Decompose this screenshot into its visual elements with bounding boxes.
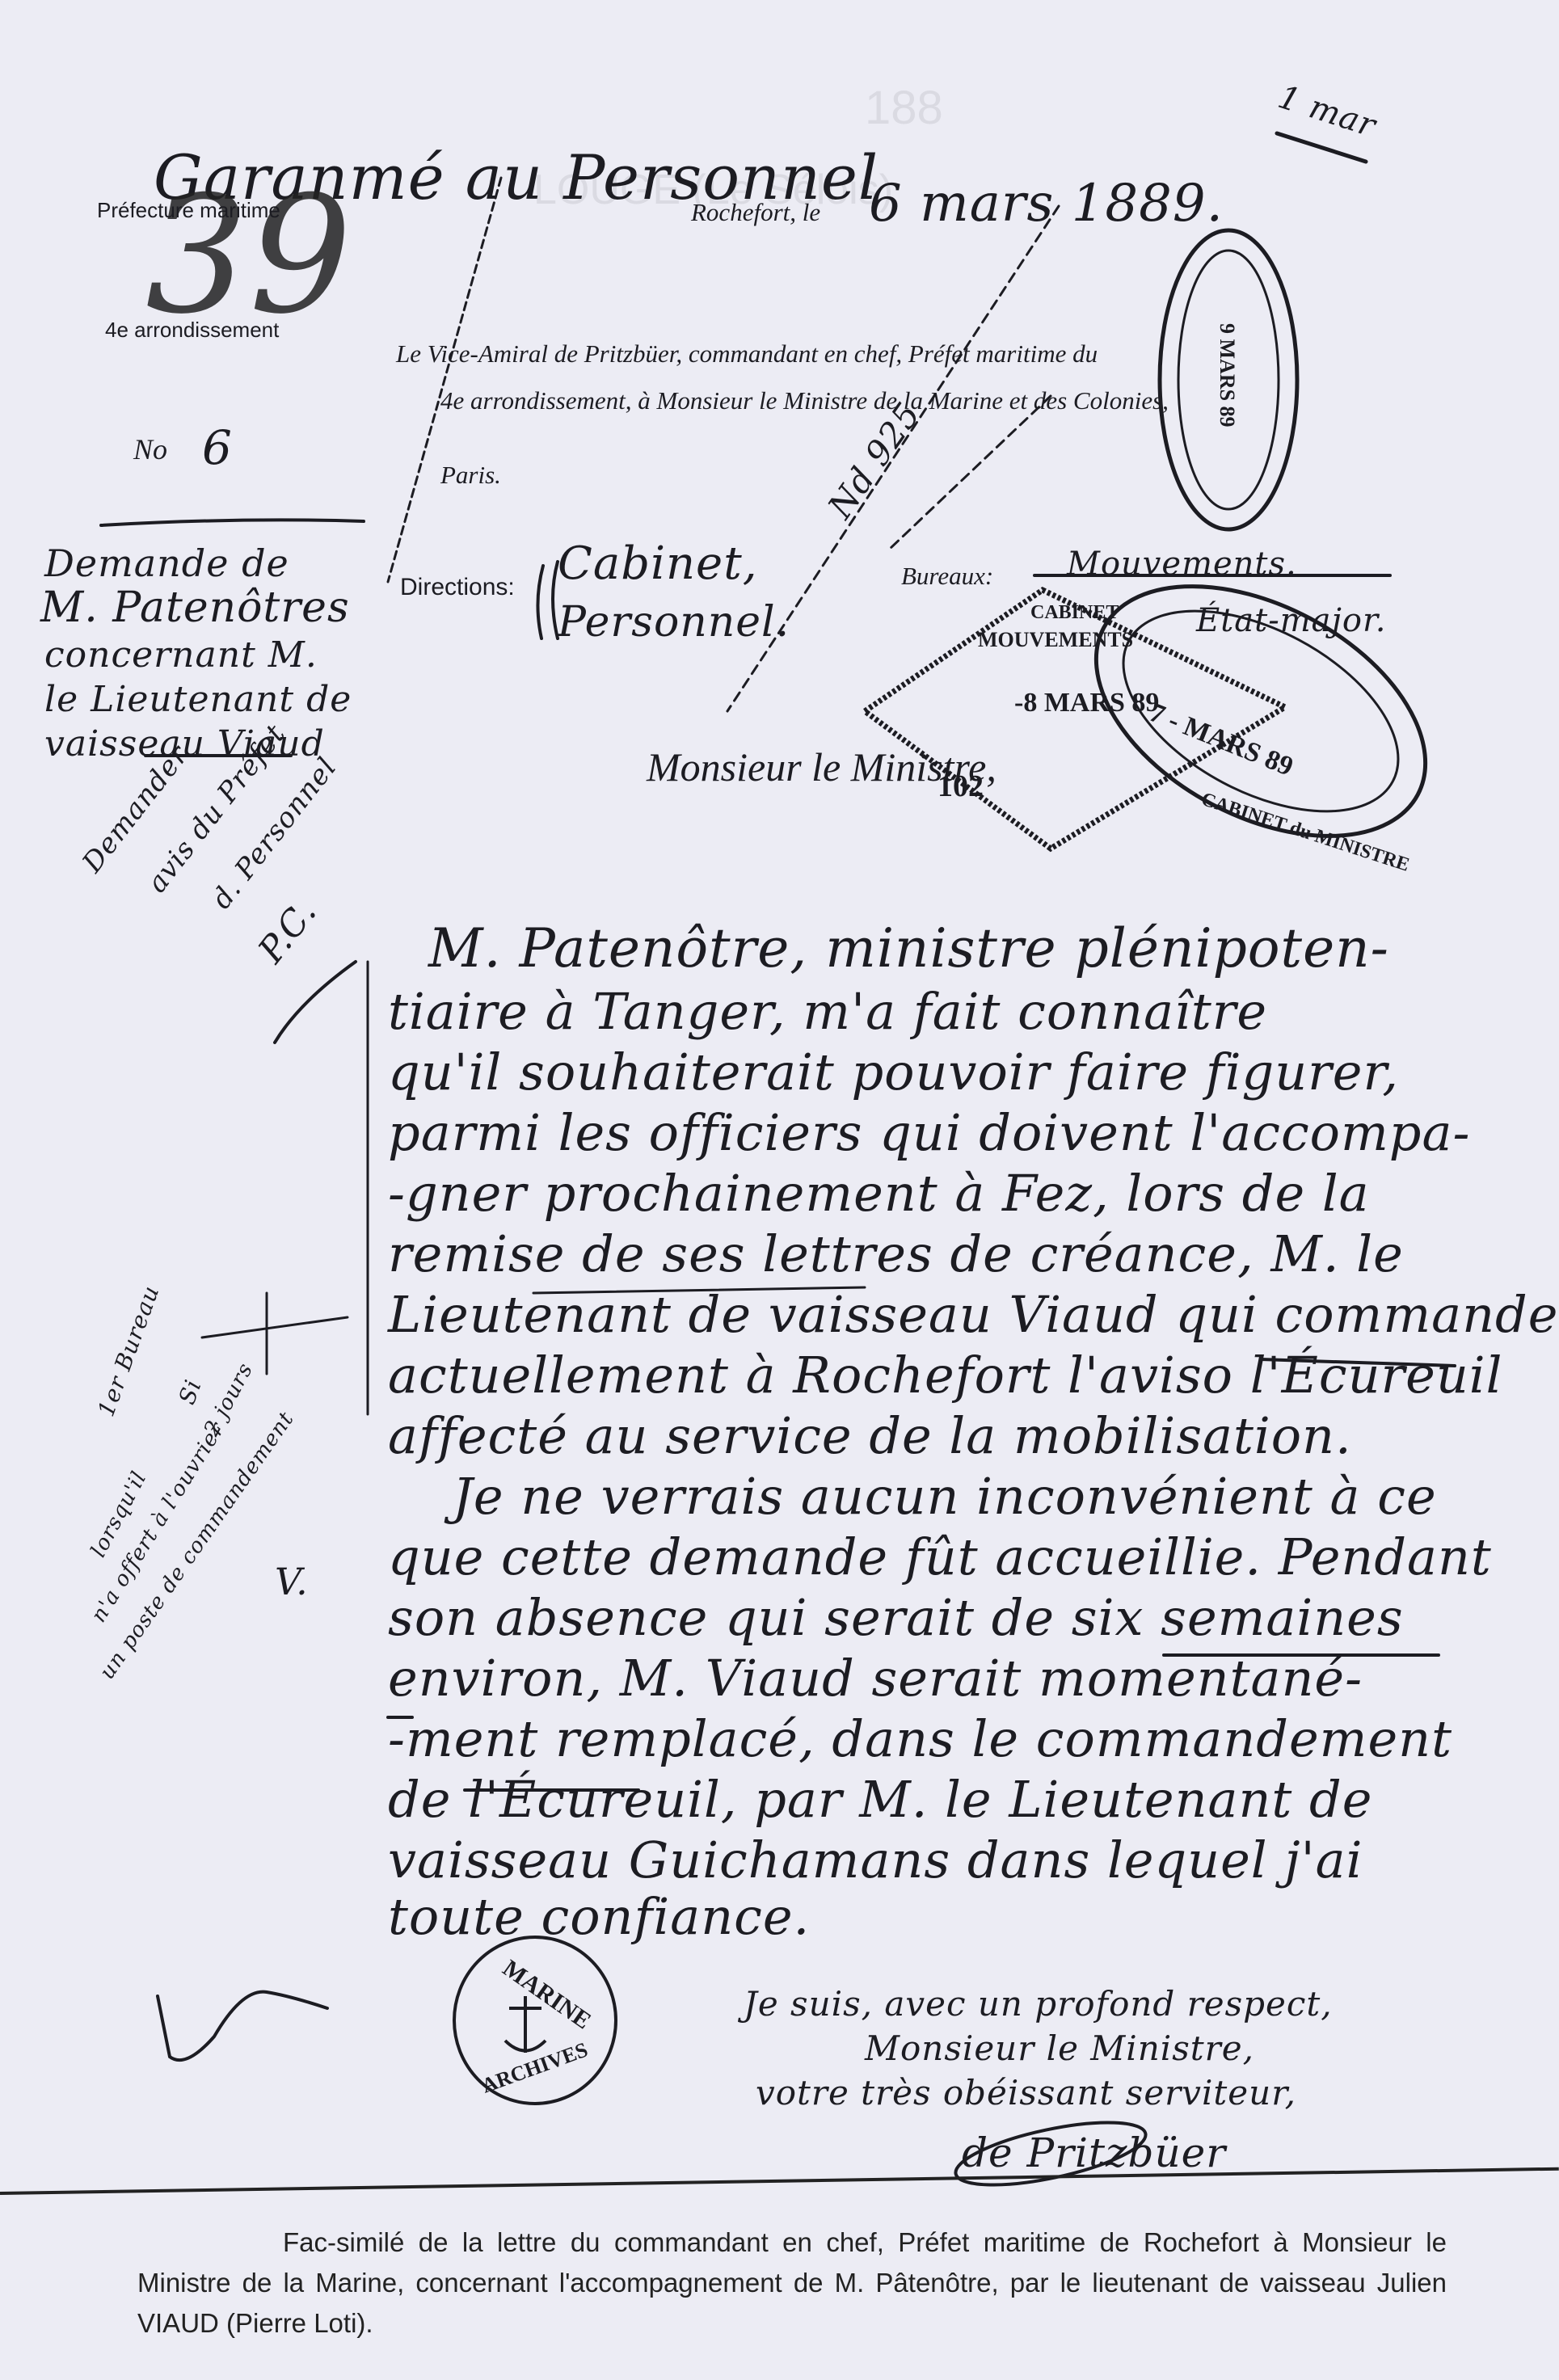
caption: Fac-similé de la lettre du commandant en…	[137, 2222, 1447, 2344]
body-line: remise de ses lettres de créance, M. le	[388, 1224, 1404, 1283]
body-line: parmi les officiers qui doivent l'accomp…	[388, 1103, 1470, 1162]
stamp-archives-bottom: ARCHIVES	[478, 2037, 591, 2097]
body-line: de l'Écureuil, par M. le Lieutenant de	[388, 1770, 1372, 1829]
directions-label: Directions:	[400, 574, 515, 601]
stamp-archives-top: MARINE	[498, 1955, 596, 2035]
caption-divider	[0, 2167, 1559, 2195]
bureaux-label: Bureaux:	[901, 562, 993, 591]
number-label: No	[133, 432, 167, 466]
stamp-oval-bottom: CABINET du MINISTRE	[1199, 789, 1412, 876]
margin-bracket	[275, 962, 356, 1043]
body-line: son absence qui serait de six semaines	[388, 1588, 1404, 1647]
dated-place: Rochefort, le	[691, 198, 820, 227]
number-underline	[101, 520, 364, 525]
top-right-annotation: 1 mar	[1274, 78, 1380, 145]
body-line: affecté au service de la mobilisation.	[388, 1406, 1352, 1465]
address-line-3: Paris.	[440, 461, 501, 490]
bureau-etat-major: État-major.	[1196, 602, 1386, 639]
body-line: -gner prochainement à Fez, lors de la	[388, 1164, 1370, 1223]
direction-personnel: Personnel.	[558, 598, 790, 647]
address-line-1: Le Vice-Amiral de Pritzbüer, commandant …	[396, 339, 1098, 369]
stamp-diamond-line2: MOUVEMENTS	[978, 628, 1133, 651]
number-value: 6	[202, 420, 233, 475]
arrondissement-label: 4e arrondissement	[105, 318, 279, 343]
body-line: Je ne verrais aucun inconvénient à ce	[453, 1467, 1437, 1526]
summary-line: le Lieutenant de	[44, 679, 352, 720]
body-line: tiaire à Tanger, m'a fait connaître	[388, 982, 1267, 1041]
stamp-cabinet-ministre-oval	[1055, 535, 1468, 887]
stamp-diamond-line1: CABINET	[1030, 602, 1119, 623]
body-line: Lieutenant de vaisseau Viaud qui command…	[388, 1285, 1558, 1344]
stamp-diamond-date: -8 MARS 89	[1014, 688, 1159, 718]
brace	[537, 566, 543, 638]
body-line: vaisseau Guichamans dans lequel j'ai	[388, 1830, 1363, 1889]
stamp-oval-date: 7 - MARS 89	[1145, 697, 1297, 782]
address-line-2: 4e arrondissement, à Monsieur le Ministr…	[440, 386, 1169, 415]
date-value: 6 mars 1889.	[869, 174, 1224, 234]
closing-line: Monsieur le Ministre,	[865, 2028, 1254, 2068]
diagonal-stroke	[388, 178, 501, 582]
stamp-ministry-oval	[1160, 230, 1297, 529]
margin-squiggle	[158, 1992, 327, 2060]
margin-cross	[202, 1293, 348, 1374]
margin-note: Si	[173, 1376, 206, 1409]
closing-line: votre très obéissant serviteur,	[756, 2073, 1296, 2113]
bureau-mouvements: Mouvements.	[1067, 546, 1297, 583]
body-line: M. Patenôtre, ministre plénipoten-	[428, 917, 1389, 979]
ghost-year: 188	[865, 81, 943, 135]
body-line: qu'il souhaiterait pouvoir faire figurer…	[388, 1043, 1399, 1102]
margin-note: 1er Bureau	[92, 1282, 164, 1420]
body-line: toute confiance.	[388, 1887, 810, 1946]
stamp-marine-archives	[454, 1937, 616, 2104]
salutation: Monsieur le Ministre,	[647, 743, 996, 790]
body-line: que cette demande fût accueillie. Pendan…	[388, 1527, 1492, 1586]
margin-note: P.C.	[251, 891, 325, 971]
margin-note: V.	[275, 1560, 309, 1603]
summary-line: concernant M.	[44, 634, 318, 676]
summary-line: M. Patenôtres	[40, 583, 350, 632]
direction-cabinet: Cabinet,	[558, 537, 758, 590]
body-line: actuellement à Rochefort l'aviso l'Écure…	[388, 1346, 1502, 1405]
prefecture-label: Préfecture maritime	[97, 198, 280, 223]
signature: de Pritzbüer	[962, 2129, 1226, 2176]
summary-line: Demande de	[44, 541, 289, 585]
stamp-ministry-date: 9 MARS 89	[1216, 323, 1239, 428]
body-line: -ment remplacé, dans le commandement	[388, 1709, 1452, 1768]
closing-line: Je suis, avec un profond respect,	[744, 1984, 1333, 2024]
body-line: environ, M. Viaud serait momentané-	[388, 1649, 1363, 1708]
